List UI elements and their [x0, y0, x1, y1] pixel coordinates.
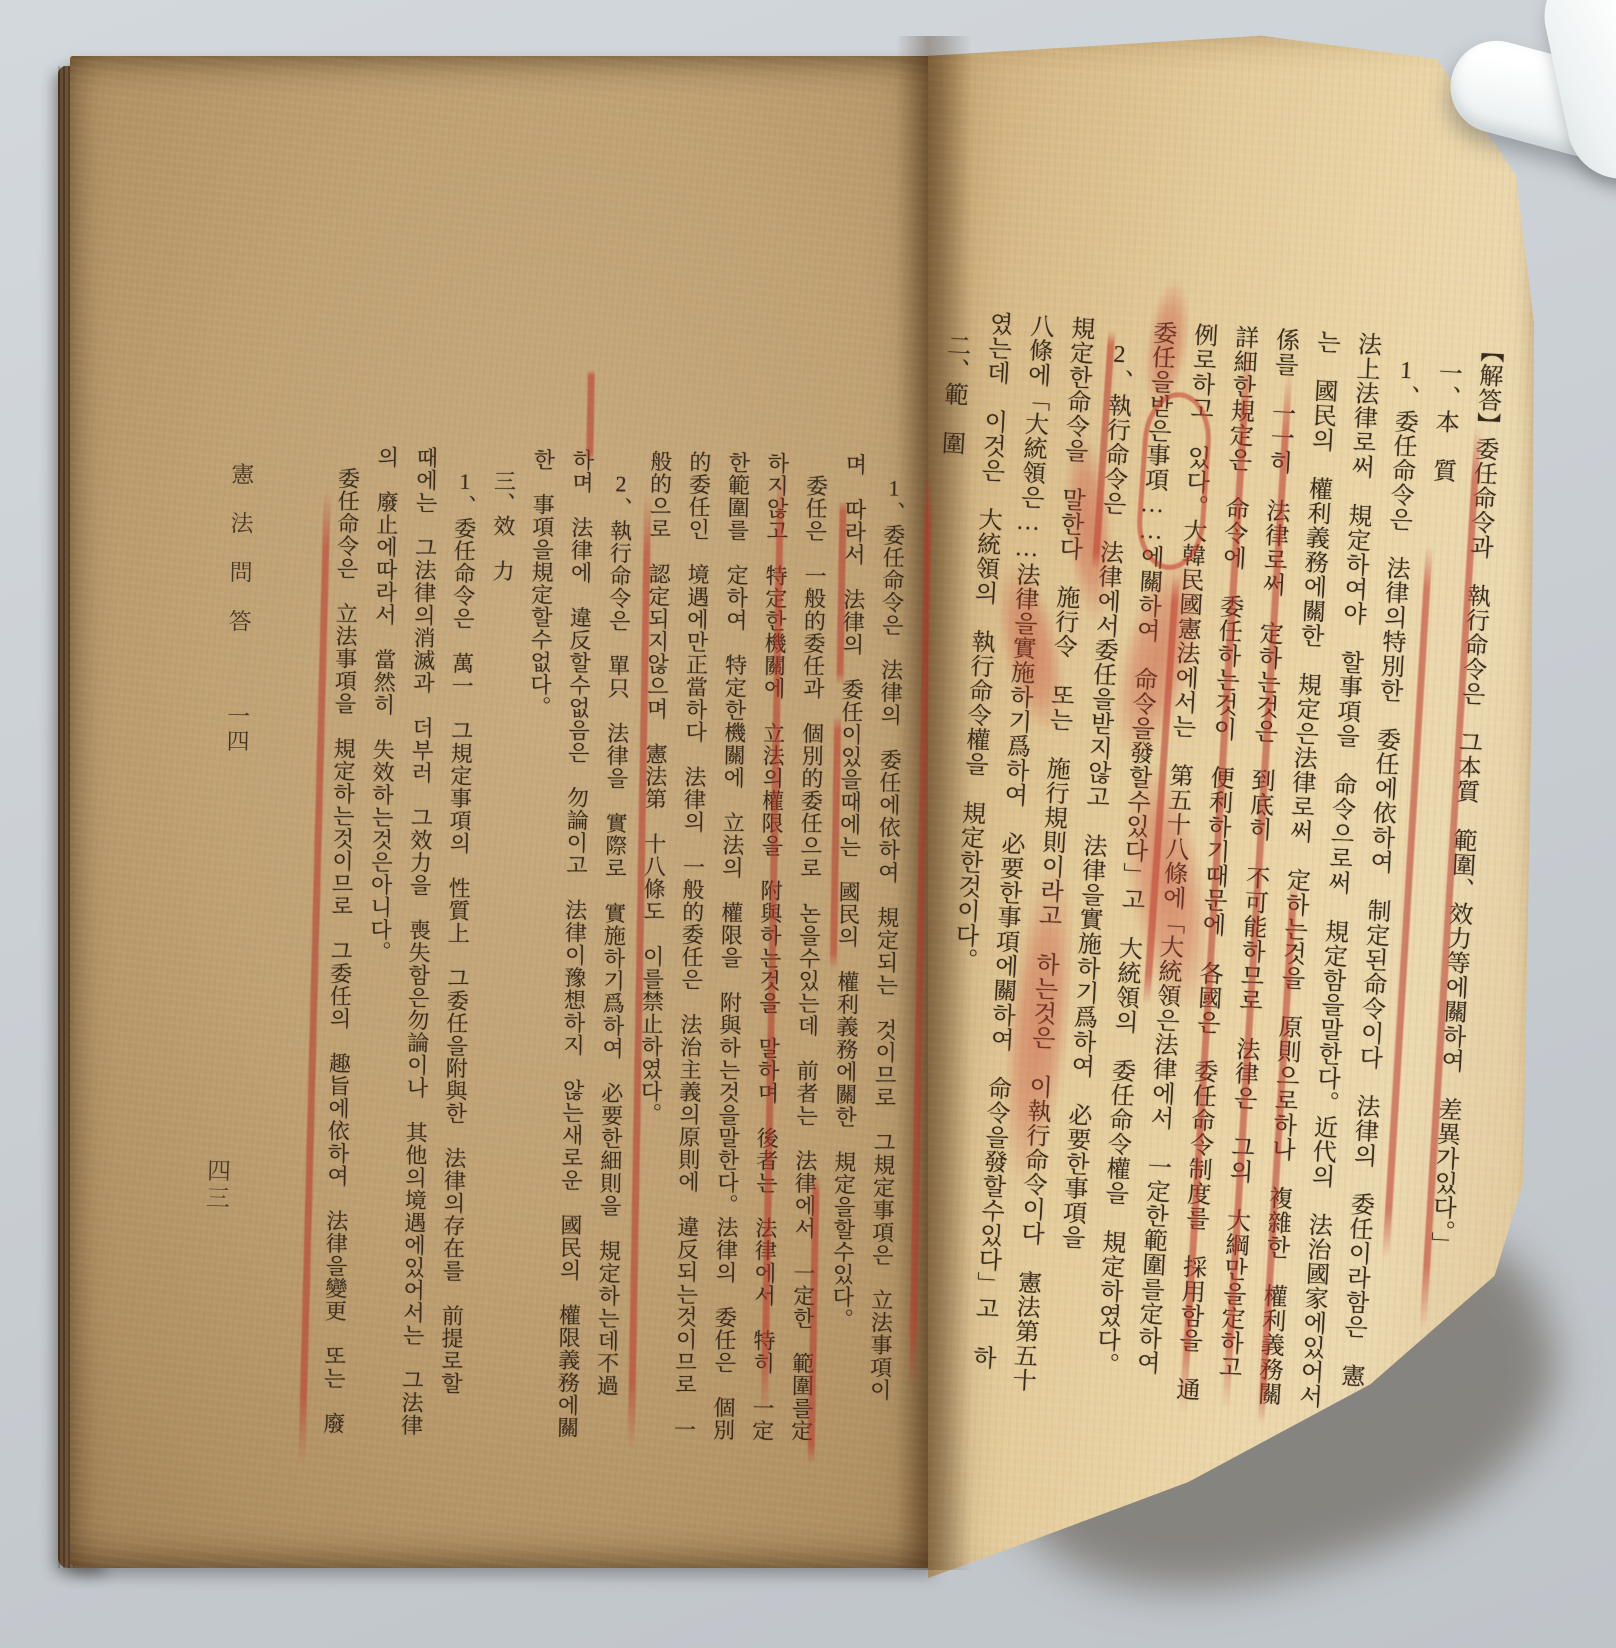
footer-book-title: 憲法問答: [225, 462, 253, 658]
text-column: 한範圍를 定하여 特定한機關에 立法의 權限을 附與하는것을말한다。法律의 委任…: [707, 451, 754, 1466]
text-column: 委任은 一般的委任과 個別的委任으로 논을수있는데 前者는 法律에서 一定한 範…: [785, 452, 832, 1467]
text-column: 委任命令은 立法事項을 規定하는것이므로 그委任의 趣旨에依하여 法律을變更 또…: [317, 445, 364, 1460]
text-column: 하며 法律에 違反할수없음은 勿論이고 法律이豫想하지 않는새로운 國民의 權限…: [551, 448, 598, 1463]
text-column: 하지않고 特定한機關에 立法의權限을 附與하는것을 말하며 後者는 法律에서 特…: [746, 452, 793, 1467]
running-footer: 憲法問答一四: [219, 462, 257, 755]
right-page-text-block: 【解答】委任命令과 執行命令은 그本質 範圍、效力等에關하여 差異가있다。」一、…: [872, 308, 1514, 1469]
text-column: 2、執行命令은 單只 法律을 實際로 實施하기爲하여 必要한細則을 規定하는데不…: [590, 449, 637, 1464]
page-number: 四三: [197, 1157, 234, 1212]
left-page-text-block: 1、委任命令은 法律의 委任에依하여 規定되는 것이므로 그規定事項은 立法事項…: [309, 445, 918, 1469]
text-column: 한 事項을規定할수없다。: [512, 448, 559, 1463]
footer-section-number: 一四: [223, 704, 249, 754]
text-column: 며 따라서 法律의 委任이있을때에는 國民의 權利義務에關한 規定을할수있다。: [824, 453, 871, 1468]
left-book-page: 1、委任命令은 法律의 委任에依하여 規定되는 것이므로 그規定事項은 立法事項…: [70, 56, 934, 1568]
text-column: 의 廢止에따라서 當然히 失效하는것은아니다。: [356, 445, 403, 1460]
text-column: 的委任인 境遇에만正當하다 法律의 一般的委任은 法治主義의原則에 違反되는것이…: [668, 450, 715, 1465]
text-column: 般的으로 認定되지않으며 憲法第 十八條도 이를禁止하였다。: [629, 450, 676, 1465]
text-column: 1、委任命令은 萬一 그規定事項의 性質上 그委任을附與한 法律의存在를 前提로…: [434, 447, 481, 1462]
text-column: 1、委任命令은 法律의 委任에依하여 規定되는 것이므로 그規定事項은 立法事項…: [863, 453, 910, 1468]
text-column: 때에는 그法律의消滅과 더부러 그效力을 喪失함은勿論이나 其他의境遇에있어서는…: [395, 446, 442, 1461]
section-heading-column: 三、效 力: [473, 447, 520, 1462]
photo-scene: 1、委任命令은 法律의 委任에依하여 規定되는 것이므로 그規定事項은 立法事項…: [0, 0, 1616, 1648]
